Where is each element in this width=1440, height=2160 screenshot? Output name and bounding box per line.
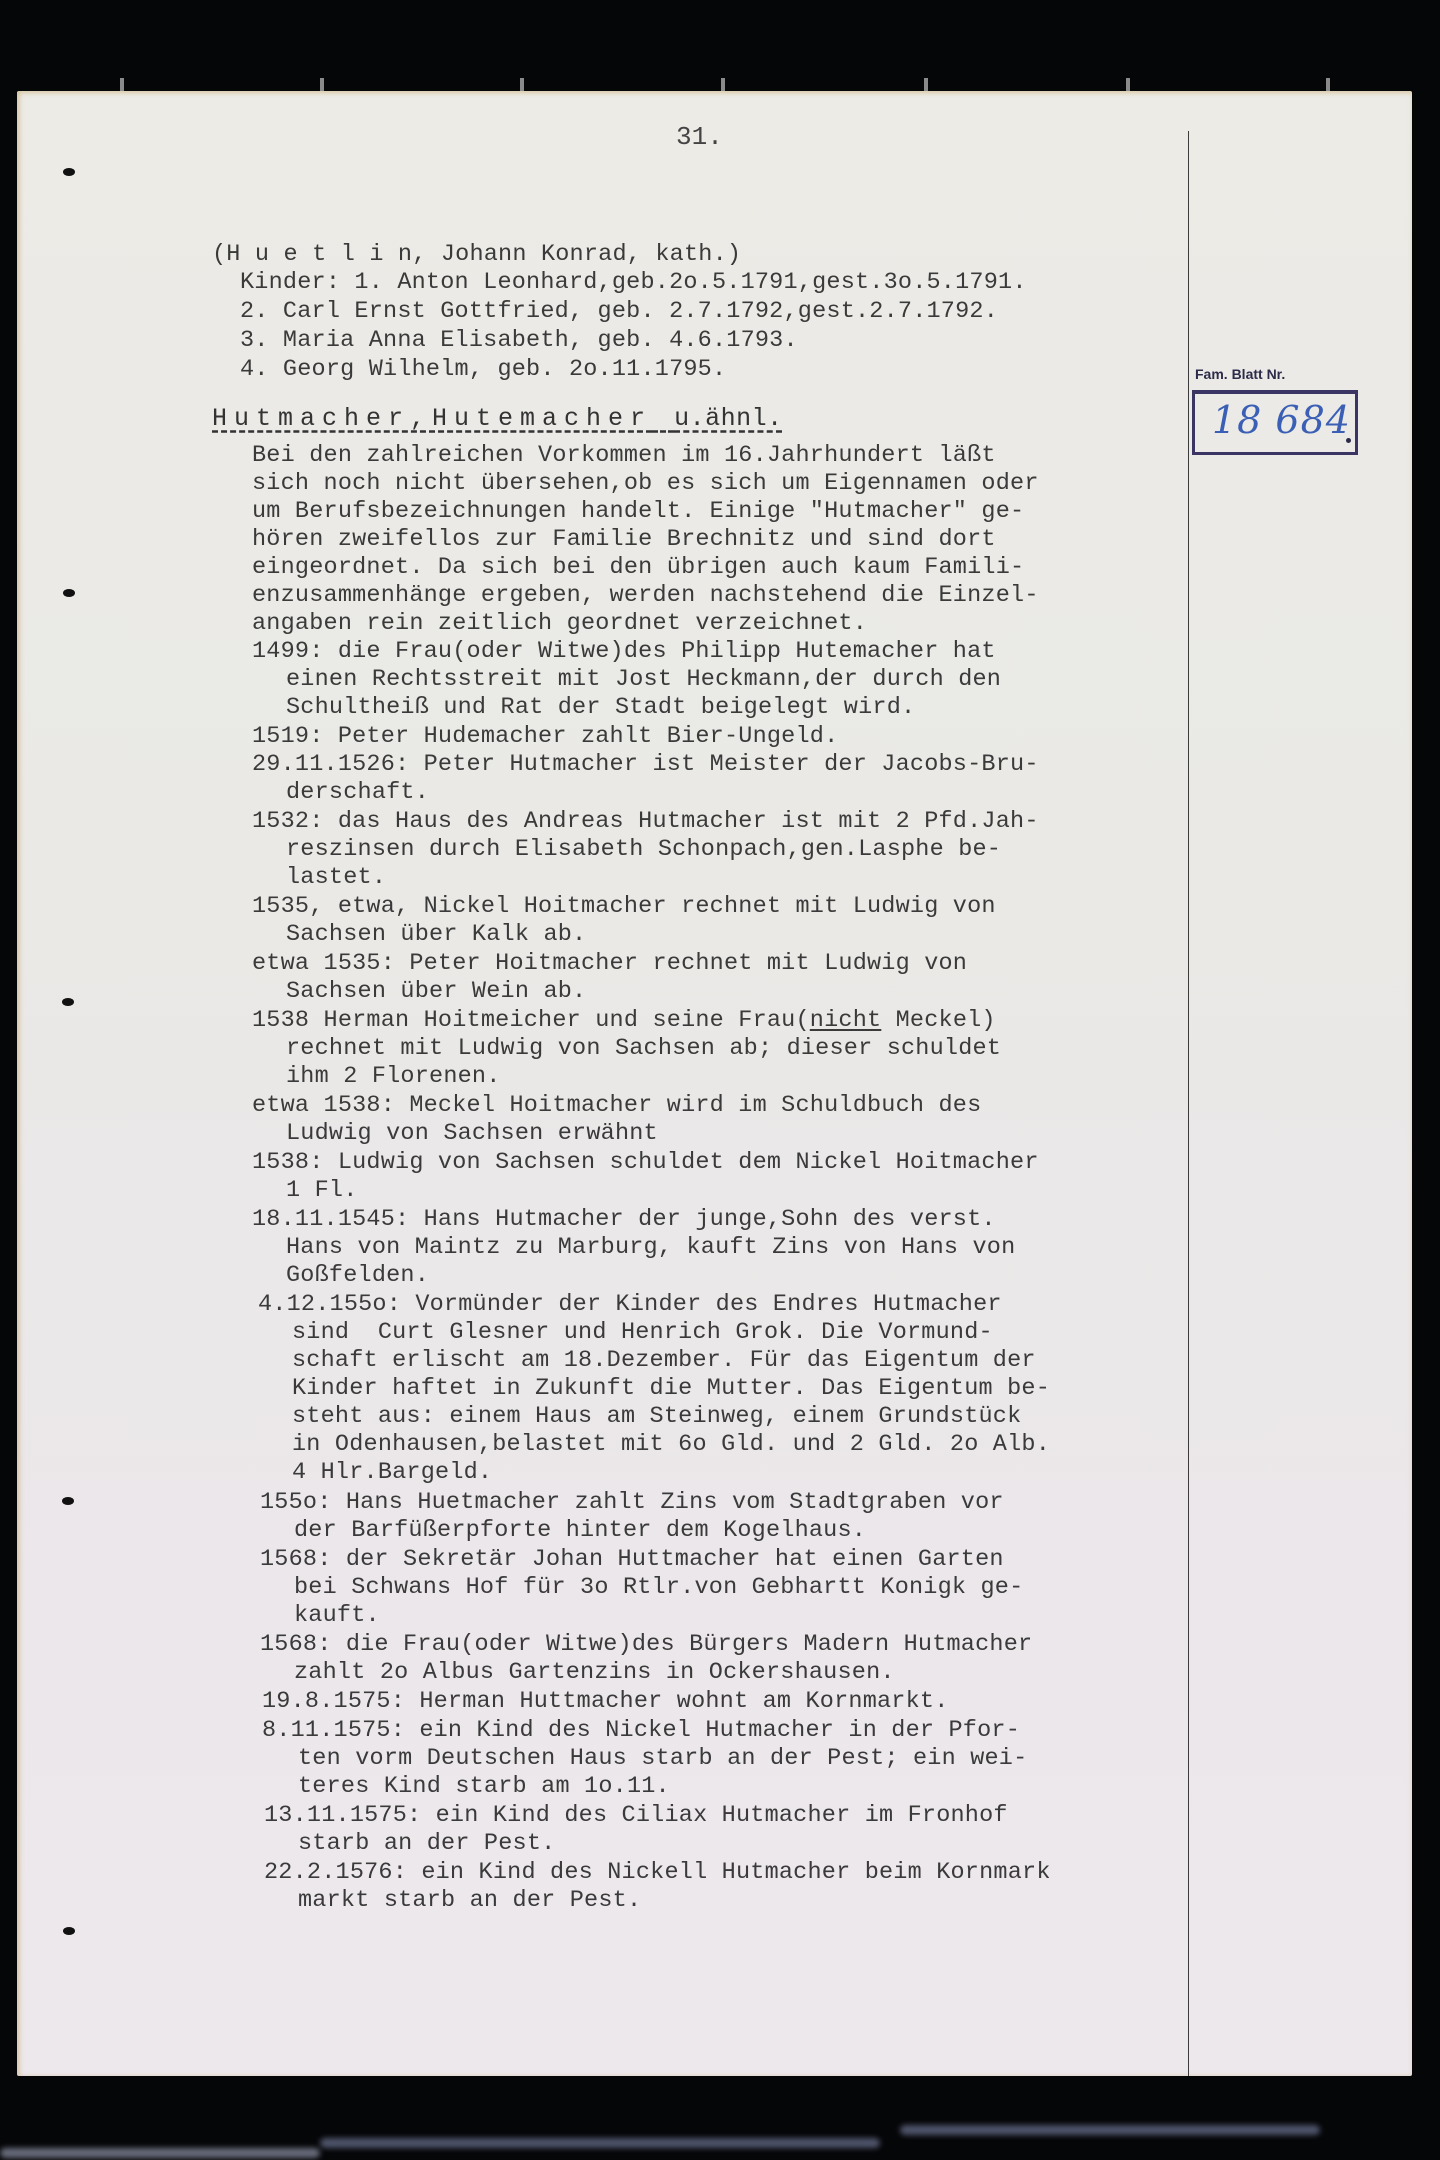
entry-line: 1538 Herman Hoitmeicher und seine Frau(n… xyxy=(252,1006,996,1035)
entry-cont: ten vorm Deutschen Haus starb an der Pes… xyxy=(298,1744,1027,1773)
scanner-artifact xyxy=(900,2125,1320,2135)
entry-line: 1568: die Frau(oder Witwe)des Bürgers Ma… xyxy=(260,1630,1032,1659)
entry-line: 4.12.155o: Vormünder der Kinder des Endr… xyxy=(258,1290,1002,1319)
entry-line: 1568: der Sekretär Johan Huttmacher hat … xyxy=(260,1545,1004,1574)
page-number: 31. xyxy=(676,122,723,152)
entry-cont: lastet. xyxy=(286,863,386,892)
intro-line: Bei den zahlreichen Vorkommen im 16.Jahr… xyxy=(252,441,996,470)
entry-cont: derschaft. xyxy=(286,778,429,807)
entry-line: 1499: die Frau(oder Witwe)des Philipp Hu… xyxy=(252,637,996,666)
punch-hole-icon xyxy=(63,589,75,597)
ruler-tick xyxy=(1126,78,1130,92)
entry-cont: Goßfelden. xyxy=(286,1261,429,1290)
entry-line: etwa 1535: Peter Hoitmacher rechnet mit … xyxy=(252,949,967,978)
entry-cont: sind Curt Glesner und Henrich Grok. Die … xyxy=(292,1318,993,1347)
scanner-artifact xyxy=(0,2148,320,2158)
entry-cont: starb an der Pest. xyxy=(298,1829,555,1858)
entry-cont: in Odenhausen,belastet mit 6o Gld. und 2… xyxy=(292,1430,1050,1459)
entry-line: 22.2.1576: ein Kind des Nickell Hutmache… xyxy=(264,1858,1051,1887)
entry-cont: Ludwig von Sachsen erwähnt xyxy=(286,1119,658,1148)
entry-line: 1535, etwa, Nickel Hoitmacher rechnet mi… xyxy=(252,892,996,921)
child-line: Kinder: 1. Anton Leonhard,geb.2o.5.1791,… xyxy=(240,268,1027,297)
child-line: 2. Carl Ernst Gottfried, geb. 2.7.1792,g… xyxy=(240,297,998,326)
entry-line: 1519: Peter Hudemacher zahlt Bier-Ungeld… xyxy=(252,722,838,751)
entry-cont: schaft erlischt am 18.Dezember. Für das … xyxy=(292,1346,1036,1375)
stamp-dot xyxy=(1346,438,1351,443)
stamp-number: 18 684 xyxy=(1212,398,1351,442)
entry-line: 1532: das Haus des Andreas Hutmacher ist… xyxy=(252,807,1039,836)
entry-cont: bei Schwans Hof für 3o Rtlr.von Gebhartt… xyxy=(294,1573,1023,1602)
entry-cont: einen Rechtsstreit mit Jost Heckmann,der… xyxy=(286,665,1001,694)
ruler-tick xyxy=(924,78,928,92)
entry-line: 8.11.1575: ein Kind des Nickel Hutmacher… xyxy=(262,1716,1020,1745)
entry-cont: reszinsen durch Elisabeth Schonpach,gen.… xyxy=(286,835,1001,864)
entry-cont: ihm 2 Florenen. xyxy=(286,1062,501,1091)
heading-tail: u.ähnl. xyxy=(674,404,783,433)
heading-main: Hutmacher,Hutemacher xyxy=(212,404,652,433)
intro-line: eingeordnet. Da sich bei den übrigen auc… xyxy=(252,553,1024,582)
intro-line: angaben rein zeitlich geordnet verzeichn… xyxy=(252,609,867,638)
stamp-label: Fam. Blatt Nr. xyxy=(1195,366,1285,382)
entry-line: 18.11.1545: Hans Hutmacher der junge,Soh… xyxy=(252,1205,996,1234)
child-line: 4. Georg Wilhelm, geb. 2o.11.1795. xyxy=(240,355,726,384)
entry-cont: Sachsen über Kalk ab. xyxy=(286,920,586,949)
entry-line: etwa 1538: Meckel Hoitmacher wird im Sch… xyxy=(252,1091,981,1120)
ruler-tick xyxy=(721,78,725,92)
entry-cont: Hans von Maintz zu Marburg, kauft Zins v… xyxy=(286,1233,1015,1262)
entry-text: 1538 Herman Hoitmeicher und seine Frau( xyxy=(252,1007,810,1034)
entry-cont: steht aus: einem Haus am Steinweg, einem… xyxy=(292,1402,1021,1431)
entry-cont: 4 Hlr.Bargeld. xyxy=(292,1458,492,1487)
punch-hole-icon xyxy=(62,998,74,1006)
ruler-tick xyxy=(120,78,124,92)
entry-line: 13.11.1575: ein Kind des Ciliax Hutmache… xyxy=(264,1801,1008,1830)
ruler-tick xyxy=(1326,78,1330,92)
document-page xyxy=(17,91,1412,2076)
intro-line: um Berufsbezeichnungen handelt. Einige "… xyxy=(252,497,1024,526)
previous-entry-header: (H u e t l i n, Johann Konrad, kath.) xyxy=(212,240,741,269)
intro-line: sich noch nicht übersehen,ob es sich um … xyxy=(252,469,1039,498)
entry-cont: Kinder haftet in Zukunft die Mutter. Das… xyxy=(292,1374,1050,1403)
entry-cont: markt starb an der Pest. xyxy=(298,1886,641,1915)
entry-cont: zahlt 2o Albus Gartenzins in Ockershause… xyxy=(294,1658,895,1687)
entry-cont: Schultheiß und Rat der Stadt beigelegt w… xyxy=(286,693,915,722)
entry-line: 1538: Ludwig von Sachsen schuldet dem Ni… xyxy=(252,1148,1039,1177)
punch-hole-icon xyxy=(62,1497,74,1505)
margin-rule xyxy=(1188,131,1189,2076)
child-line: 3. Maria Anna Elisabeth, geb. 4.6.1793. xyxy=(240,326,798,355)
entry-cont: 1 Fl. xyxy=(286,1176,358,1205)
entry-cont: teres Kind starb am 1o.11. xyxy=(298,1772,670,1801)
entry-cont: kauft. xyxy=(294,1601,380,1630)
entry-text: Meckel) xyxy=(881,1007,995,1034)
underlined-word: nicht xyxy=(810,1007,882,1034)
entry-cont: Sachsen über Wein ab. xyxy=(286,977,586,1006)
intro-line: enzusammenhänge ergeben, werden nachsteh… xyxy=(252,581,1039,610)
ruler-tick xyxy=(520,78,524,92)
intro-line: hören zweifellos zur Familie Brechnitz u… xyxy=(252,525,996,554)
punch-hole-icon xyxy=(63,1927,75,1935)
entry-line: 19.8.1575: Herman Huttmacher wohnt am Ko… xyxy=(262,1687,949,1716)
scanner-artifact xyxy=(320,2138,880,2148)
entry-line: 29.11.1526: Peter Hutmacher ist Meister … xyxy=(252,750,1039,779)
section-heading: Hutmacher,Hutemacher u.ähnl. xyxy=(212,404,783,433)
entry-cont: der Barfüßerpforte hinter dem Kogelhaus. xyxy=(294,1516,866,1545)
entry-cont: rechnet mit Ludwig von Sachsen ab; diese… xyxy=(286,1034,1001,1063)
entry-line: 155o: Hans Huetmacher zahlt Zins vom Sta… xyxy=(260,1488,1004,1517)
ruler-tick xyxy=(320,78,324,92)
punch-hole-icon xyxy=(63,168,75,176)
